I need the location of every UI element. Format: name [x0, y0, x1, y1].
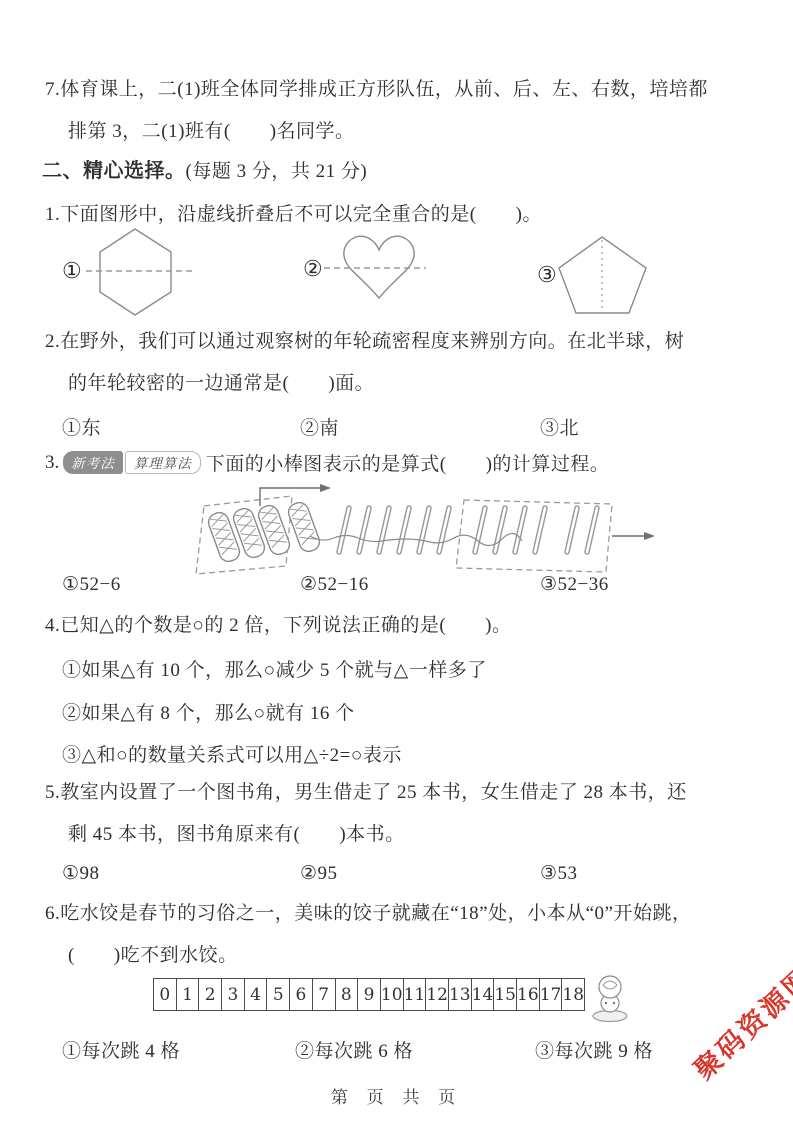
q4-option-2: ②如果△有 8 个，那么○就有 16 个 — [62, 698, 355, 725]
strip-cell: 17 — [540, 979, 563, 1010]
page-footer: 第 页 共 页 — [0, 1083, 793, 1108]
q3-option-1: ①52−6 — [62, 573, 121, 596]
q2-line1: 2.在野外，我们可以通过观察树的年轮疏密程度来辨别方向。在北半球，树 — [45, 330, 684, 354]
strip-cell: 9 — [358, 979, 381, 1010]
q5-line1: 5.教室内设置了一个图书角，男生借走了 25 本书，女生借走了 28 本书，还 — [45, 781, 687, 805]
strip-cell: 13 — [449, 979, 472, 1010]
worksheet-page: 7.体育课上，二(1)班全体同学排成正方形队伍，从前、后、左、右数，培培都 排第… — [0, 0, 793, 1122]
q1-text: 1.下面图形中，沿虚线折叠后不可以完全重合的是( )。 — [45, 203, 542, 227]
q4-text: 4.已知△的个数是○的 2 倍，下列说法正确的是( )。 — [45, 614, 512, 638]
sticks-subtraction-diagram — [192, 480, 662, 580]
strip-cell: 6 — [290, 979, 313, 1010]
q1-label-3: ③ — [537, 262, 557, 288]
heart-shape — [324, 228, 428, 310]
q2-option-1: ①东 — [62, 413, 101, 440]
strip-cell: 10 — [381, 979, 404, 1010]
q3-heading: 3. 新考法 算理算法 下面的小棒图表示的是算式( )的计算过程。 — [45, 449, 609, 476]
q5-option-1: ①98 — [62, 862, 100, 885]
q3-option-2: ②52−16 — [300, 573, 369, 596]
arithmetic-method-badge: 算理算法 — [125, 451, 201, 474]
pentagon-shape — [556, 234, 650, 318]
q5-line2: 剩 45 本书，图书角原来有( )本书。 — [68, 823, 405, 847]
strip-cell: 11 — [404, 979, 427, 1010]
strip-cell: 5 — [267, 979, 290, 1010]
hexagon-shape — [86, 226, 198, 318]
strip-cell: 12 — [426, 979, 449, 1010]
section-note: (每题 3 分，共 21 分) — [186, 161, 368, 182]
q6-option-1: ①每次跳 4 格 — [62, 1036, 180, 1063]
strip-cell: 18 — [562, 979, 584, 1010]
q6-option-2: ②每次跳 6 格 — [295, 1036, 413, 1063]
new-method-badge: 新考法 — [63, 451, 123, 474]
q6-line1: 6.吃水饺是春节的习俗之一，美味的饺子就藏在“18”处，小本从“0”开始跳， — [45, 902, 691, 926]
strip-cell: 1 — [177, 979, 200, 1010]
dumpling-character-icon — [585, 972, 635, 1024]
q4-option-3: ③△和○的数量关系式可以用△÷2=○表示 — [62, 740, 402, 767]
q3-text: 下面的小棒图表示的是算式( )的计算过程。 — [206, 449, 610, 476]
q5-option-3: ③53 — [540, 862, 578, 885]
q5-option-2: ②95 — [300, 862, 338, 885]
strip-cell: 0 — [154, 979, 177, 1010]
number-strip: 0 1 2 3 4 5 6 7 8 9 10 11 12 13 14 15 16… — [153, 978, 585, 1011]
q2-option-3: ③北 — [540, 413, 579, 440]
q6-option-3: ③每次跳 9 格 — [535, 1036, 653, 1063]
q7-line2: 排第 3，二(1)班有( )名同学。 — [68, 120, 355, 144]
strip-cell: 3 — [222, 979, 245, 1010]
q3-option-3: ③52−36 — [540, 573, 609, 596]
q3-number: 3. — [45, 452, 59, 474]
q2-option-2: ②南 — [300, 413, 339, 440]
strip-cell: 16 — [517, 979, 540, 1010]
q7-line1: 7.体育课上，二(1)班全体同学排成正方形队伍，从前、后、左、右数，培培都 — [45, 78, 708, 102]
q6-line2: ( )吃不到水饺。 — [68, 944, 238, 968]
q1-label-2: ② — [303, 256, 323, 282]
strip-cell: 8 — [336, 979, 359, 1010]
strip-cell: 4 — [245, 979, 268, 1010]
strip-cell: 15 — [494, 979, 517, 1010]
q1-label-1: ① — [62, 258, 82, 284]
section-heading: 二、精心选择。(每题 3 分，共 21 分) — [42, 159, 367, 184]
left-arrow-icon — [260, 488, 320, 506]
q4-option-1: ①如果△有 10 个，那么○减少 5 个就与△一样多了 — [62, 655, 487, 682]
q2-line2: 的年轮较密的一边通常是( )面。 — [68, 372, 374, 396]
strip-cell: 14 — [472, 979, 495, 1010]
section-title: 二、精心选择。 — [42, 160, 186, 182]
strip-cell: 2 — [199, 979, 222, 1010]
strip-cell: 7 — [313, 979, 336, 1010]
watermark-stamp: 聚码资源网 — [673, 946, 793, 1097]
